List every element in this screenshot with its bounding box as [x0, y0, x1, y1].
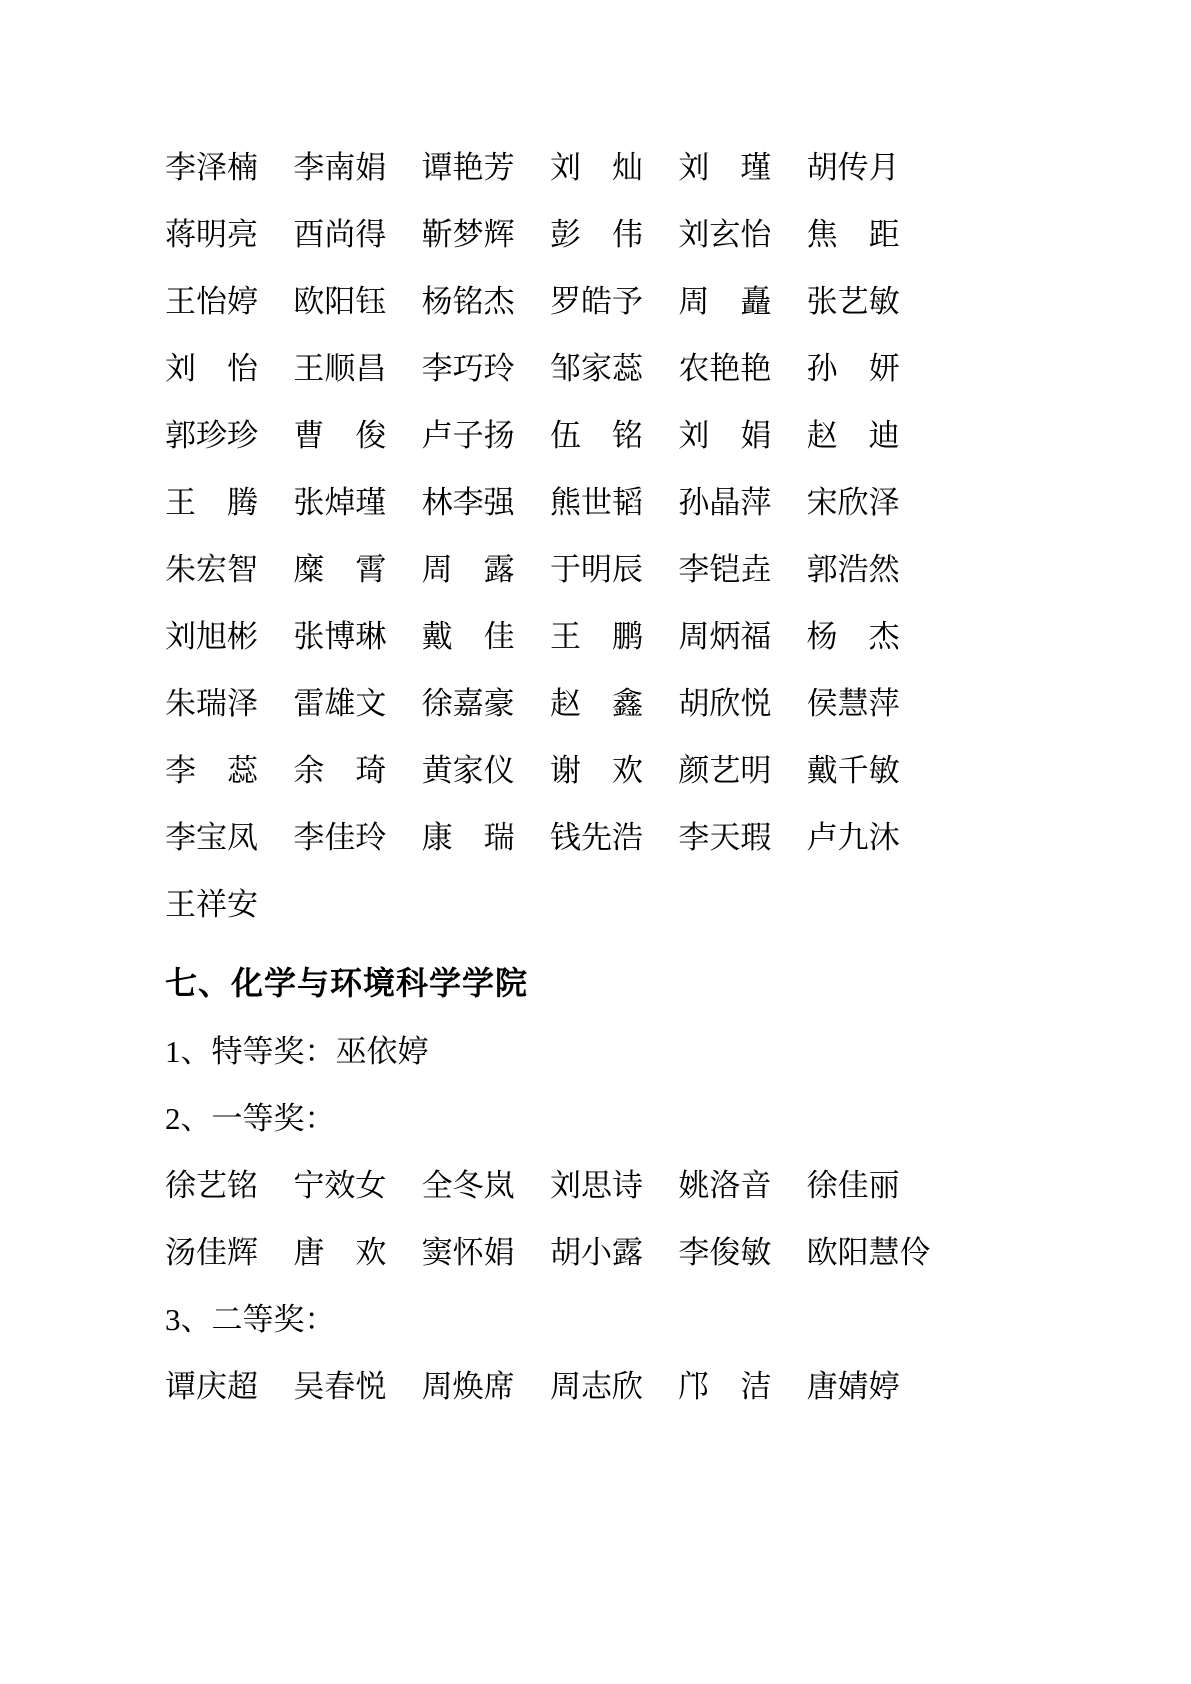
person-name: 赵 迪 [807, 420, 935, 451]
person-name: 李巧玲 [422, 353, 550, 384]
name-row: 刘旭彬张博琳戴 佳王 鹏周炳福杨 杰 [165, 621, 935, 652]
second-prize-name-list: 谭庆超吴春悦周焕席周志欣邝 洁唐婧婷 [165, 1371, 935, 1402]
person-name: 孙 妍 [807, 353, 935, 384]
document-content: 李泽楠李南娟谭艳芳刘 灿刘 瑾胡传月蒋明亮酉尚得靳梦辉彭 伟刘玄怡焦 距王怡婷欧… [165, 152, 935, 1402]
person-name: 宋欣泽 [807, 487, 935, 518]
person-name: 王顺昌 [293, 353, 421, 384]
person-name: 窦怀娟 [422, 1237, 550, 1268]
person-name: 李 蕊 [165, 755, 293, 786]
name-row: 郭珍珍曹 俊卢子扬伍 铭刘 娟赵 迪 [165, 420, 935, 451]
person-name: 张艺敏 [807, 286, 935, 317]
person-name: 伍 铭 [550, 420, 678, 451]
person-name: 戴千敏 [807, 755, 935, 786]
person-name: 王怡婷 [165, 286, 293, 317]
person-name: 周 矗 [678, 286, 806, 317]
person-name: 姚洛音 [678, 1170, 806, 1201]
person-name: 唐 欢 [293, 1237, 421, 1268]
person-name: 徐艺铭 [165, 1170, 293, 1201]
person-name: 郭浩然 [807, 554, 935, 585]
person-name: 刘玄怡 [678, 219, 806, 250]
person-name: 张焯瑾 [293, 487, 421, 518]
person-name: 胡欣悦 [678, 688, 806, 719]
name-row: 汤佳辉唐 欢窦怀娟胡小露李俊敏欧阳慧伶 [165, 1237, 935, 1268]
person-name: 全冬岚 [422, 1170, 550, 1201]
person-name: 蒋明亮 [165, 219, 293, 250]
person-name: 李佳玲 [293, 822, 421, 853]
person-name: 杨铭杰 [422, 286, 550, 317]
second-prize-line: 3、二等奖： [165, 1304, 935, 1335]
special-prize-line: 1、特等奖：巫依婷 [165, 1036, 935, 1067]
person-name: 王 鹏 [550, 621, 678, 652]
name-row: 李宝凤李佳玲康 瑞钱先浩李天瑕卢九沐 [165, 822, 935, 853]
person-name: 邹家蕊 [550, 353, 678, 384]
name-row: 朱宏智糜 霄周 露于明辰李铠垚郭浩然 [165, 554, 935, 585]
name-row: 李泽楠李南娟谭艳芳刘 灿刘 瑾胡传月 [165, 152, 935, 183]
name-row: 谭庆超吴春悦周焕席周志欣邝 洁唐婧婷 [165, 1371, 935, 1402]
person-name: 欧阳钰 [293, 286, 421, 317]
first-prize-line: 2、一等奖： [165, 1103, 935, 1134]
person-name: 刘旭彬 [165, 621, 293, 652]
person-name: 王祥安 [165, 889, 293, 920]
person-name: 卢九沐 [807, 822, 935, 853]
person-name: 谭庆超 [165, 1371, 293, 1402]
person-name: 李天瑕 [678, 822, 806, 853]
person-name: 张博琳 [293, 621, 421, 652]
person-name: 李俊敏 [678, 1237, 806, 1268]
person-name: 曹 俊 [293, 420, 421, 451]
person-name: 周焕席 [422, 1371, 550, 1402]
person-name: 熊世韬 [550, 487, 678, 518]
person-name: 谭艳芳 [422, 152, 550, 183]
person-name: 徐佳丽 [807, 1170, 935, 1201]
person-name: 朱瑞泽 [165, 688, 293, 719]
person-name: 卢子扬 [422, 420, 550, 451]
person-name: 李宝凤 [165, 822, 293, 853]
person-name: 余 琦 [293, 755, 421, 786]
person-name: 罗皓予 [550, 286, 678, 317]
person-name: 周炳福 [678, 621, 806, 652]
person-name: 宁效女 [293, 1170, 421, 1201]
name-row: 王祥安 [165, 889, 935, 920]
person-name: 靳梦辉 [422, 219, 550, 250]
person-name: 朱宏智 [165, 554, 293, 585]
person-name: 赵 鑫 [550, 688, 678, 719]
person-name: 刘 灿 [550, 152, 678, 183]
person-name: 侯慧萍 [807, 688, 935, 719]
person-name: 杨 杰 [807, 621, 935, 652]
name-row: 王怡婷欧阳钰杨铭杰罗皓予周 矗张艺敏 [165, 286, 935, 317]
person-name: 颜艺明 [678, 755, 806, 786]
person-name: 郭珍珍 [165, 420, 293, 451]
person-name: 黄家仪 [422, 755, 550, 786]
person-name: 李南娟 [293, 152, 421, 183]
person-name: 刘 瑾 [678, 152, 806, 183]
person-name: 林李强 [422, 487, 550, 518]
person-name: 徐嘉豪 [422, 688, 550, 719]
person-name: 于明辰 [550, 554, 678, 585]
section-heading: 七、化学与环境科学学院 [165, 966, 935, 1000]
continued-second-prize-name-list: 李泽楠李南娟谭艳芳刘 灿刘 瑾胡传月蒋明亮酉尚得靳梦辉彭 伟刘玄怡焦 距王怡婷欧… [165, 152, 935, 920]
person-name: 刘 怡 [165, 353, 293, 384]
person-name: 刘 娟 [678, 420, 806, 451]
person-name: 汤佳辉 [165, 1237, 293, 1268]
name-row: 李 蕊余 琦黄家仪谢 欢颜艺明戴千敏 [165, 755, 935, 786]
person-name: 康 瑞 [422, 822, 550, 853]
person-name: 酉尚得 [293, 219, 421, 250]
person-name: 戴 佳 [422, 621, 550, 652]
person-name: 胡传月 [807, 152, 935, 183]
document-page: 李泽楠李南娟谭艳芳刘 灿刘 瑾胡传月蒋明亮酉尚得靳梦辉彭 伟刘玄怡焦 距王怡婷欧… [0, 0, 1191, 1684]
name-row: 朱瑞泽雷雄文徐嘉豪赵 鑫胡欣悦侯慧萍 [165, 688, 935, 719]
person-name: 李铠垚 [678, 554, 806, 585]
person-name: 农艳艳 [678, 353, 806, 384]
name-row: 王 腾张焯瑾林李强熊世韬孙晶萍宋欣泽 [165, 487, 935, 518]
person-name: 钱先浩 [550, 822, 678, 853]
person-name: 焦 距 [807, 219, 935, 250]
name-row: 徐艺铭宁效女全冬岚刘思诗姚洛音徐佳丽 [165, 1170, 935, 1201]
person-name: 吴春悦 [293, 1371, 421, 1402]
person-name: 孙晶萍 [678, 487, 806, 518]
person-name: 王 腾 [165, 487, 293, 518]
person-name: 欧阳慧伶 [807, 1237, 935, 1268]
name-row: 刘 怡王顺昌李巧玲邹家蕊农艳艳孙 妍 [165, 353, 935, 384]
person-name: 糜 霄 [293, 554, 421, 585]
person-name: 邝 洁 [678, 1371, 806, 1402]
name-row: 蒋明亮酉尚得靳梦辉彭 伟刘玄怡焦 距 [165, 219, 935, 250]
person-name: 谢 欢 [550, 755, 678, 786]
person-name: 李泽楠 [165, 152, 293, 183]
person-name: 雷雄文 [293, 688, 421, 719]
person-name: 周 露 [422, 554, 550, 585]
person-name: 胡小露 [550, 1237, 678, 1268]
person-name: 彭 伟 [550, 219, 678, 250]
person-name: 唐婧婷 [807, 1371, 935, 1402]
first-prize-name-list: 徐艺铭宁效女全冬岚刘思诗姚洛音徐佳丽汤佳辉唐 欢窦怀娟胡小露李俊敏欧阳慧伶 [165, 1170, 935, 1268]
person-name: 刘思诗 [550, 1170, 678, 1201]
person-name: 周志欣 [550, 1371, 678, 1402]
